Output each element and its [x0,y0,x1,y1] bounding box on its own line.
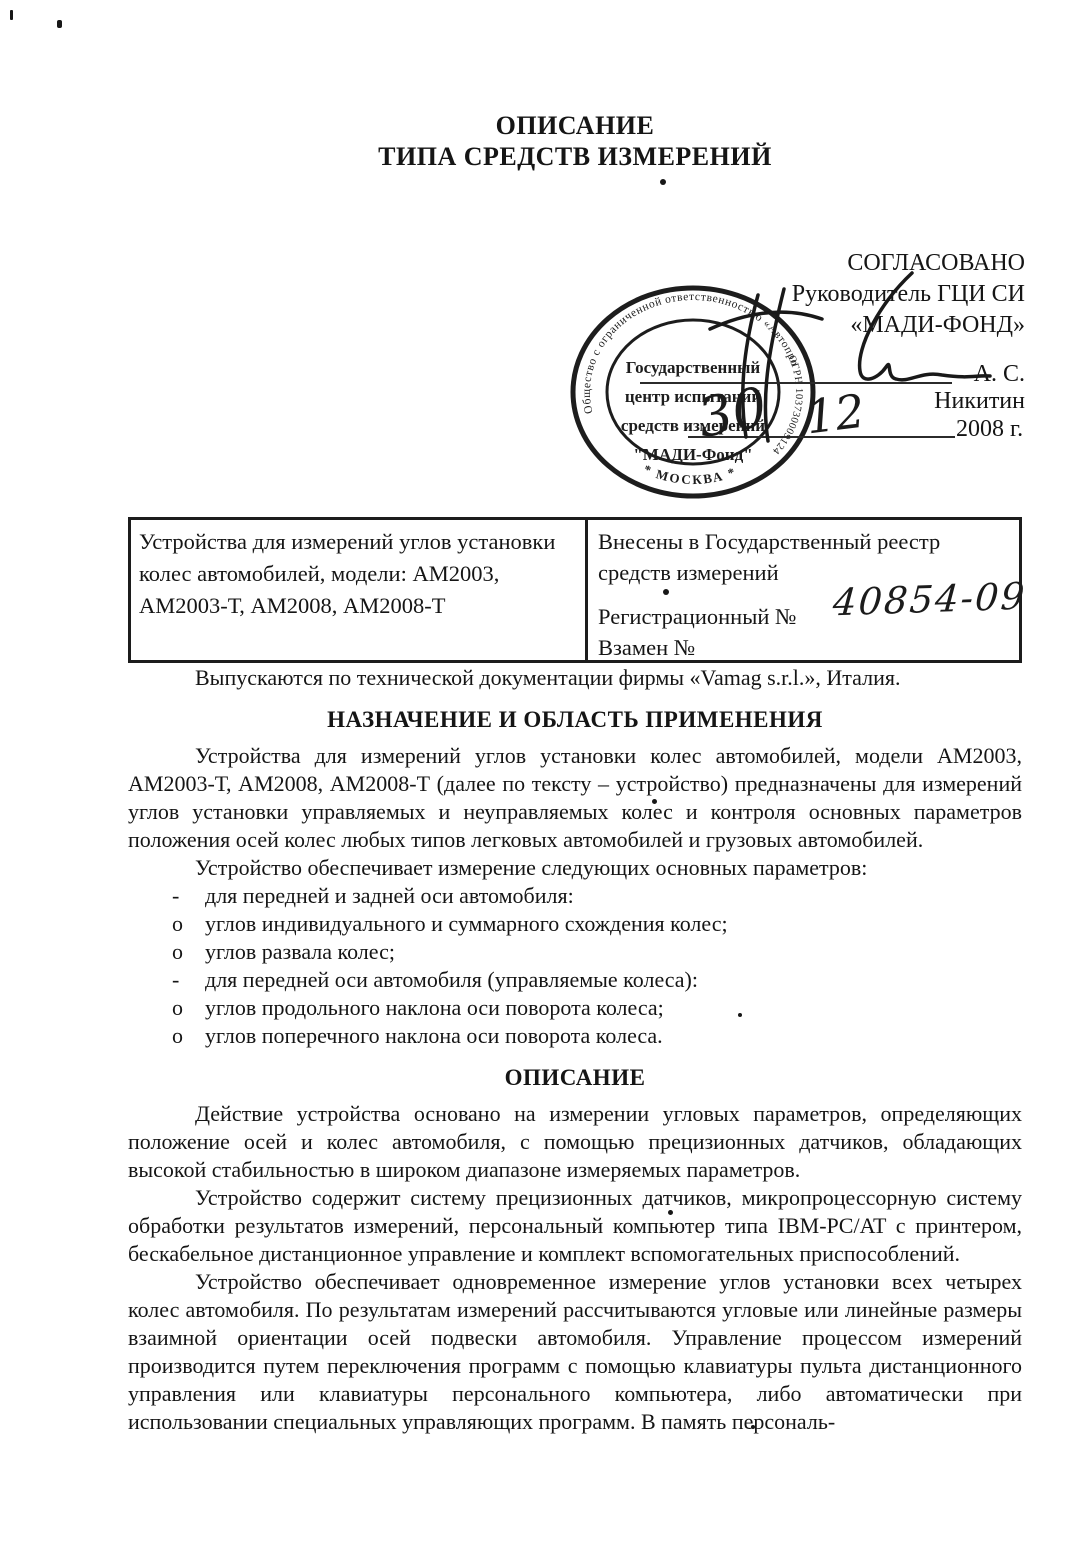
ink-signature [680,255,1040,465]
registry-entry-cell: Внесены в Государственный реестр средств… [588,520,1019,660]
list-item-text: для передней оси автомобиля (управляемые… [205,966,1022,994]
scan-artifact-mark [57,20,62,28]
scan-artifact-dot [660,179,666,185]
document-page: ОПИСАНИЕ ТИПА СРЕДСТВ ИЗМЕРЕНИЙ СОГЛАСОВ… [0,0,1086,1560]
list-item-text: углов поперечного наклона оси поворота к… [205,1022,1022,1050]
intro-line: Выпускаются по технической документации … [128,664,1022,692]
paragraph: Устройство обеспечивает измерение следую… [128,854,1022,882]
list-marker: - [172,882,205,910]
list-item-text: для передней и задней оси автомобиля: [205,882,1022,910]
title-line-2: ТИПА СРЕДСТВ ИЗМЕРЕНИЙ [128,141,1022,172]
paragraph: Действие устройства основано на измерени… [128,1100,1022,1184]
list-item-text: углов индивидуального и суммарного схожд… [205,910,1022,938]
registry-table: Устройства для измерений углов установки… [128,517,1022,663]
section-heading-description: ОПИСАНИЕ [128,1064,1022,1092]
registry-intro: Внесены в Государственный реестр средств… [598,526,1011,588]
list-item: o углов индивидуального и суммарного схо… [128,910,1022,938]
list-marker: o [172,994,205,1022]
list-item: o углов развала колес; [128,938,1022,966]
paragraph: Устройство обеспечивает одновременное из… [128,1268,1022,1436]
device-description-cell: Устройства для измерений углов установки… [131,520,588,660]
title-line-1: ОПИСАНИЕ [128,110,1022,141]
document-body: Выпускаются по технической документации … [128,664,1022,1436]
cell-spacer [598,588,1011,601]
list-item: - для передней оси автомобиля (управляем… [128,966,1022,994]
document-title: ОПИСАНИЕ ТИПА СРЕДСТВ ИЗМЕРЕНИЙ [128,110,1022,172]
list-marker: - [172,966,205,994]
paragraph: Устройство содержит систему прецизионных… [128,1184,1022,1268]
list-item-text: углов продольного наклона оси поворота к… [205,994,1022,1022]
list-item: o углов продольного наклона оси поворота… [128,994,1022,1022]
list-item: o углов поперечного наклона оси поворота… [128,1022,1022,1050]
registration-number-label: Регистрационный № [598,601,1011,632]
scan-artifact-mark [10,10,13,20]
list-marker: o [172,1022,205,1050]
list-item: - для передней и задней оси автомобиля: [128,882,1022,910]
replacement-label: Взамен № [598,632,1011,663]
list-marker: o [172,910,205,938]
section-heading-purpose: НАЗНАЧЕНИЕ И ОБЛАСТЬ ПРИМЕНЕНИЯ [128,706,1022,734]
list-marker: o [172,938,205,966]
list-item-text: углов развала колес; [205,938,1022,966]
paragraph: Устройства для измерений углов установки… [128,742,1022,854]
